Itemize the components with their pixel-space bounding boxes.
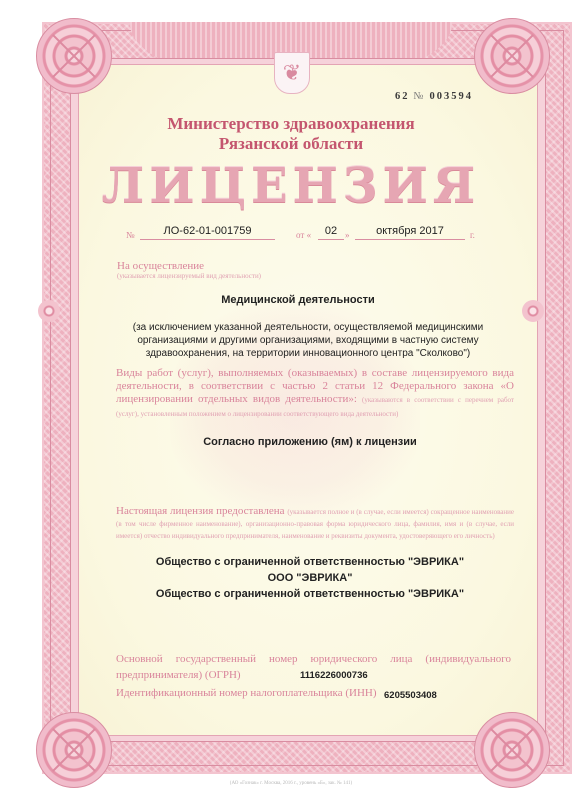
date-day: 02 <box>318 224 344 240</box>
serial-number: 003594 <box>430 91 474 102</box>
date-from-label: от « <box>296 230 311 240</box>
date-close-quote: » <box>345 230 350 240</box>
date-month-year: октября 2017 <box>355 224 465 240</box>
corner-rosette-icon <box>36 712 112 788</box>
licensee-brand-name: Общество с ограниченной ответственностью… <box>100 588 520 600</box>
inn-label: Идентификационный номер налогоплательщик… <box>116 687 377 699</box>
serial-number-sign: № <box>414 91 426 102</box>
issuer-line-1: Министерство здравоохранения <box>0 114 582 134</box>
license-number: ЛО-62-01-001759 <box>140 224 275 240</box>
corner-rosette-icon <box>474 18 550 94</box>
issuer-line-2: Рязанской области <box>0 134 582 154</box>
printer-note: (АО «Гознак» г. Москва, 2016 г., уровень… <box>0 781 582 786</box>
corner-rosette-icon <box>474 712 550 788</box>
inn-value: 6205503408 <box>384 690 437 701</box>
works-value: Согласно приложению (ям) к лицензии <box>100 436 520 448</box>
coat-of-arms-emblem-icon: ❦ <box>274 52 310 94</box>
licensee-label: Настоящая лицензия предоставлена <box>116 505 285 517</box>
licensed-activity: Медицинской деятельности <box>88 294 508 306</box>
date-suffix: г. <box>470 230 475 240</box>
blank-serial-number: 62№003594 <box>395 91 473 102</box>
license-number-label: № <box>126 230 135 240</box>
serial-series: 62 <box>395 91 410 102</box>
licensee-full-name: Общество с ограниченной ответственностью… <box>100 556 520 568</box>
side-rosette-icon <box>522 300 544 322</box>
side-rosette-icon <box>38 300 60 322</box>
activity-label: На осуществление <box>117 260 204 272</box>
works-label-block: Виды работ (услуг), выполняемых (оказыва… <box>116 367 514 421</box>
licensee-label-block: Настоящая лицензия предоставлена (указыв… <box>116 506 514 542</box>
activity-exclusion: (за исключением указанной деятельности, … <box>108 321 508 360</box>
license-number-line: № ЛО-62-01-001759 от « 02 » октября 2017… <box>0 224 582 242</box>
activity-hint: (указывается лицензируемый вид деятельно… <box>117 272 261 281</box>
licensee-short-name: ООО "ЭВРИКА" <box>100 572 520 584</box>
ogrn-value: 1116226000736 <box>300 670 368 681</box>
document-title: ЛИЦЕНЗИЯ <box>0 158 582 214</box>
corner-rosette-icon <box>36 18 112 94</box>
